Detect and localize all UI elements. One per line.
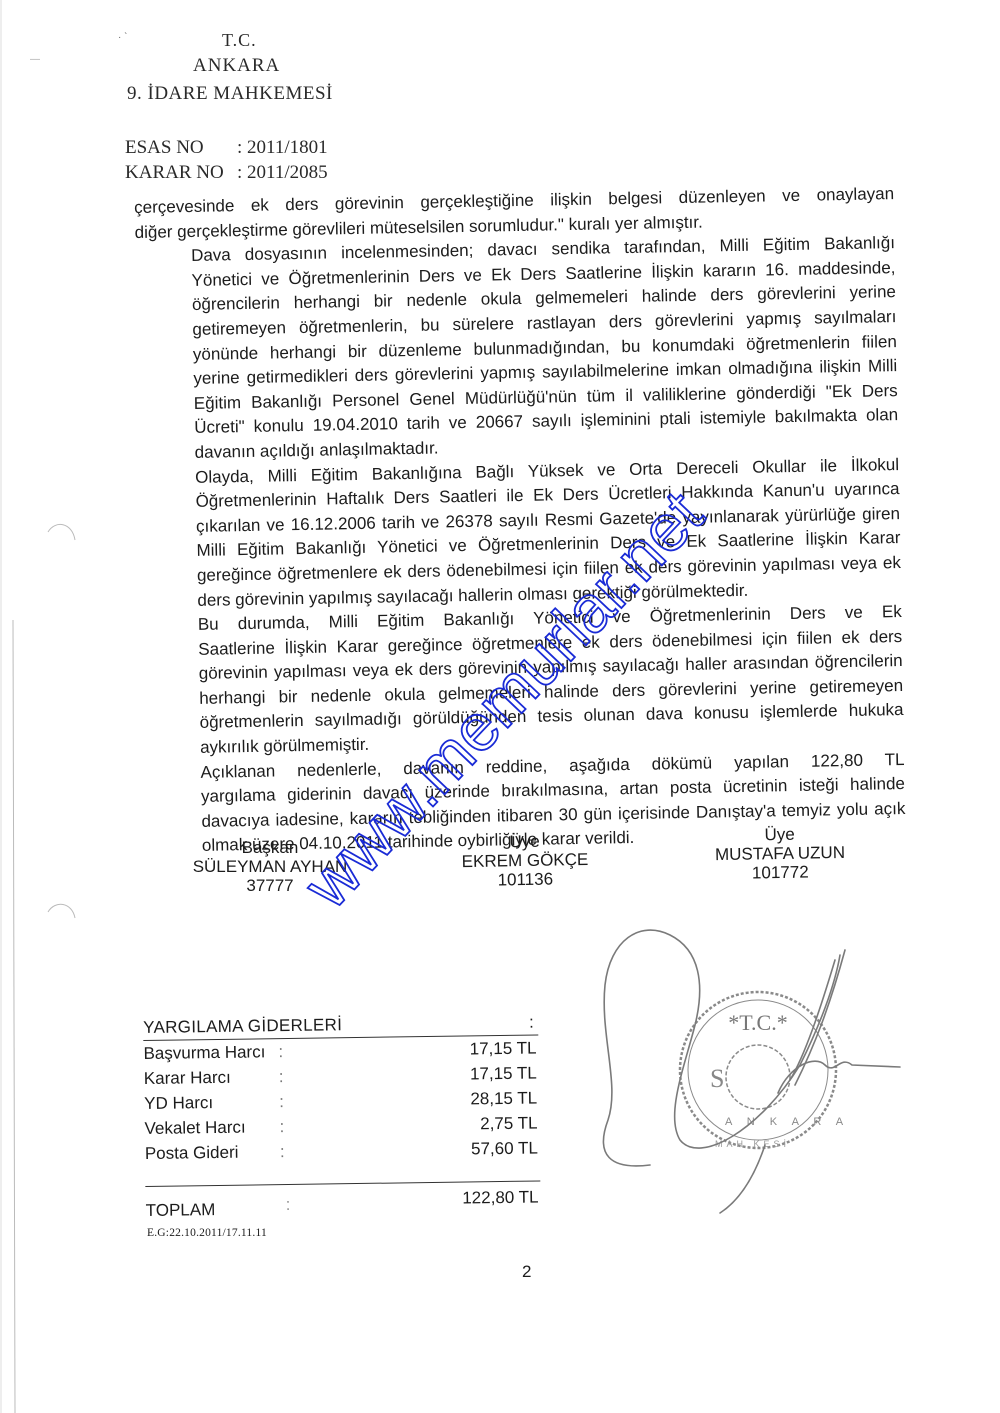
svg-text:· ˋ: · ˋ — [118, 31, 127, 43]
court-costs-table: YARGILAMA GİDERLERİ : Başvurma Harcı:17,… — [143, 1012, 541, 1216]
cost-label: Başvurma Harcı — [143, 1039, 265, 1066]
cost-label: Posta Gideri — [145, 1140, 239, 1166]
karar-no-label: KARAR NO — [125, 162, 237, 184]
cost-label: YD Harcı — [144, 1090, 213, 1116]
header-tc: T.C. — [222, 30, 257, 51]
signatory-name: MUSTAFA UZUN — [700, 843, 860, 865]
cost-separator: : — [279, 1064, 284, 1089]
total-separator: : — [285, 1191, 290, 1219]
karar-no-row: KARAR NO: 2011/2085 — [125, 162, 328, 184]
paragraph-3: Olayda, Milli Eğitim Bakanlığına Bağlı Y… — [139, 453, 902, 614]
total-label: TOPLAM — [145, 1196, 215, 1225]
header-court-name: 9. İDARE MAHKEMESİ — [127, 83, 333, 105]
cost-value: 57,60 TL — [471, 1136, 538, 1162]
paragraph-4: Bu durumda, Milli Eğitim Bakanlığı Yönet… — [142, 600, 905, 761]
costs-title: YARGILAMA GİDERLERİ — [143, 1015, 342, 1037]
signatory-name: EKREM GÖKÇE — [445, 850, 605, 872]
signatory-name: SÜLEYMAN AYHAN — [180, 857, 360, 876]
signatory-president: Başkan SÜLEYMAN AYHAN 37777 — [180, 838, 360, 895]
svg-text:S: S — [710, 1064, 724, 1093]
cost-separator: : — [278, 1039, 283, 1064]
cost-separator: : — [279, 1114, 284, 1139]
svg-text:—: — — [30, 54, 40, 65]
costs-title-separator: : — [529, 1013, 534, 1033]
signatory-number: 101136 — [445, 869, 605, 891]
cost-label: Karar Harcı — [144, 1065, 231, 1091]
cost-value: 17,15 TL — [470, 1061, 537, 1087]
svg-text:A N K A R A: A N K A R A — [725, 1116, 849, 1128]
svg-text:*T.C.*: *T.C.* — [728, 1010, 787, 1035]
decision-body: çerçevesinde ek ders görevinin gerçekleş… — [134, 182, 906, 860]
cost-value: 28,15 TL — [470, 1086, 537, 1112]
costs-total-row: TOPLAM : 122,80 TL — [145, 1183, 540, 1217]
cost-value: 2,75 TL — [480, 1111, 538, 1137]
court-seal-stamp-icon: *T.C.* S A N K A R A MAH KESİ — [590, 915, 910, 1215]
esas-no-value: : 2011/1801 — [237, 137, 328, 158]
signatory-number: 37777 — [180, 876, 360, 895]
total-value: 122,80 TL — [462, 1183, 539, 1212]
cost-row: Posta Gideri:57,60 TL — [145, 1135, 540, 1166]
cost-separator: : — [279, 1089, 284, 1114]
signatory-member-1: Üye EKREM GÖKÇE 101136 — [445, 831, 606, 891]
esas-no-label: ESAS NO — [125, 137, 237, 159]
page-number: 2 — [522, 1262, 531, 1282]
signatory-role: Başkan — [180, 838, 360, 857]
cost-value: 17,15 TL — [469, 1036, 536, 1062]
signatory-number: 101772 — [700, 862, 860, 884]
esas-no-row: ESAS NO: 2011/1801 — [125, 137, 328, 159]
paragraph-2: Dava dosyasının incelenmesinden; davacı … — [135, 231, 899, 466]
signatory-member-2: Üye MUSTAFA UZUN 101772 — [700, 824, 861, 884]
document-date-code: E.G:22.10.2011/17.11.11 — [147, 1227, 267, 1239]
cost-rows: Başvurma Harcı:17,15 TLKarar Harcı:17,15… — [143, 1035, 540, 1166]
cost-label: Vekalet Harcı — [144, 1115, 245, 1141]
karar-no-value: : 2011/2085 — [237, 162, 328, 183]
header-city: ANKARA — [193, 55, 280, 77]
cost-separator: : — [280, 1139, 285, 1164]
